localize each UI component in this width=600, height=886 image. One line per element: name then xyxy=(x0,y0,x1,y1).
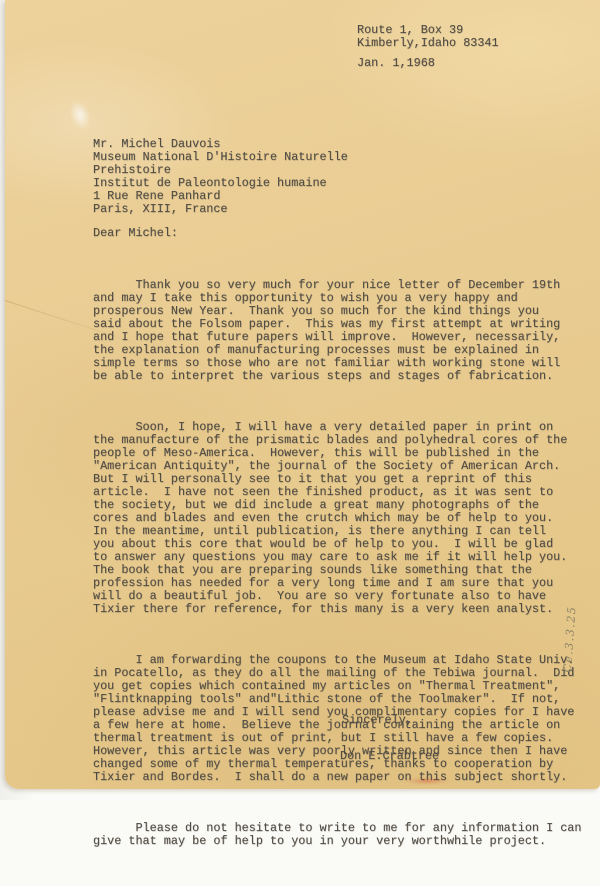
recipient-address: Mr. Michel Dauvois Museum National D'His… xyxy=(93,138,348,216)
letter-date: Jan. 1,1968 xyxy=(357,57,435,70)
red-ink-smudge xyxy=(403,777,451,785)
paragraph-1: Thank you so very much for your nice let… xyxy=(93,279,595,383)
paragraph-2: Soon, I hope, I will have a very detaile… xyxy=(93,421,595,616)
paper-stain xyxy=(61,92,99,138)
sender-address: Route 1, Box 39 Kimberly,Idaho 83341 xyxy=(357,24,499,50)
closing: Sincerely, xyxy=(342,714,413,727)
letter-paper: Route 1, Box 39 Kimberly,Idaho 83341 Jan… xyxy=(5,0,600,789)
signature-name: Don E.Crabtree xyxy=(340,750,439,763)
salutation: Dear Michel: xyxy=(93,227,178,240)
